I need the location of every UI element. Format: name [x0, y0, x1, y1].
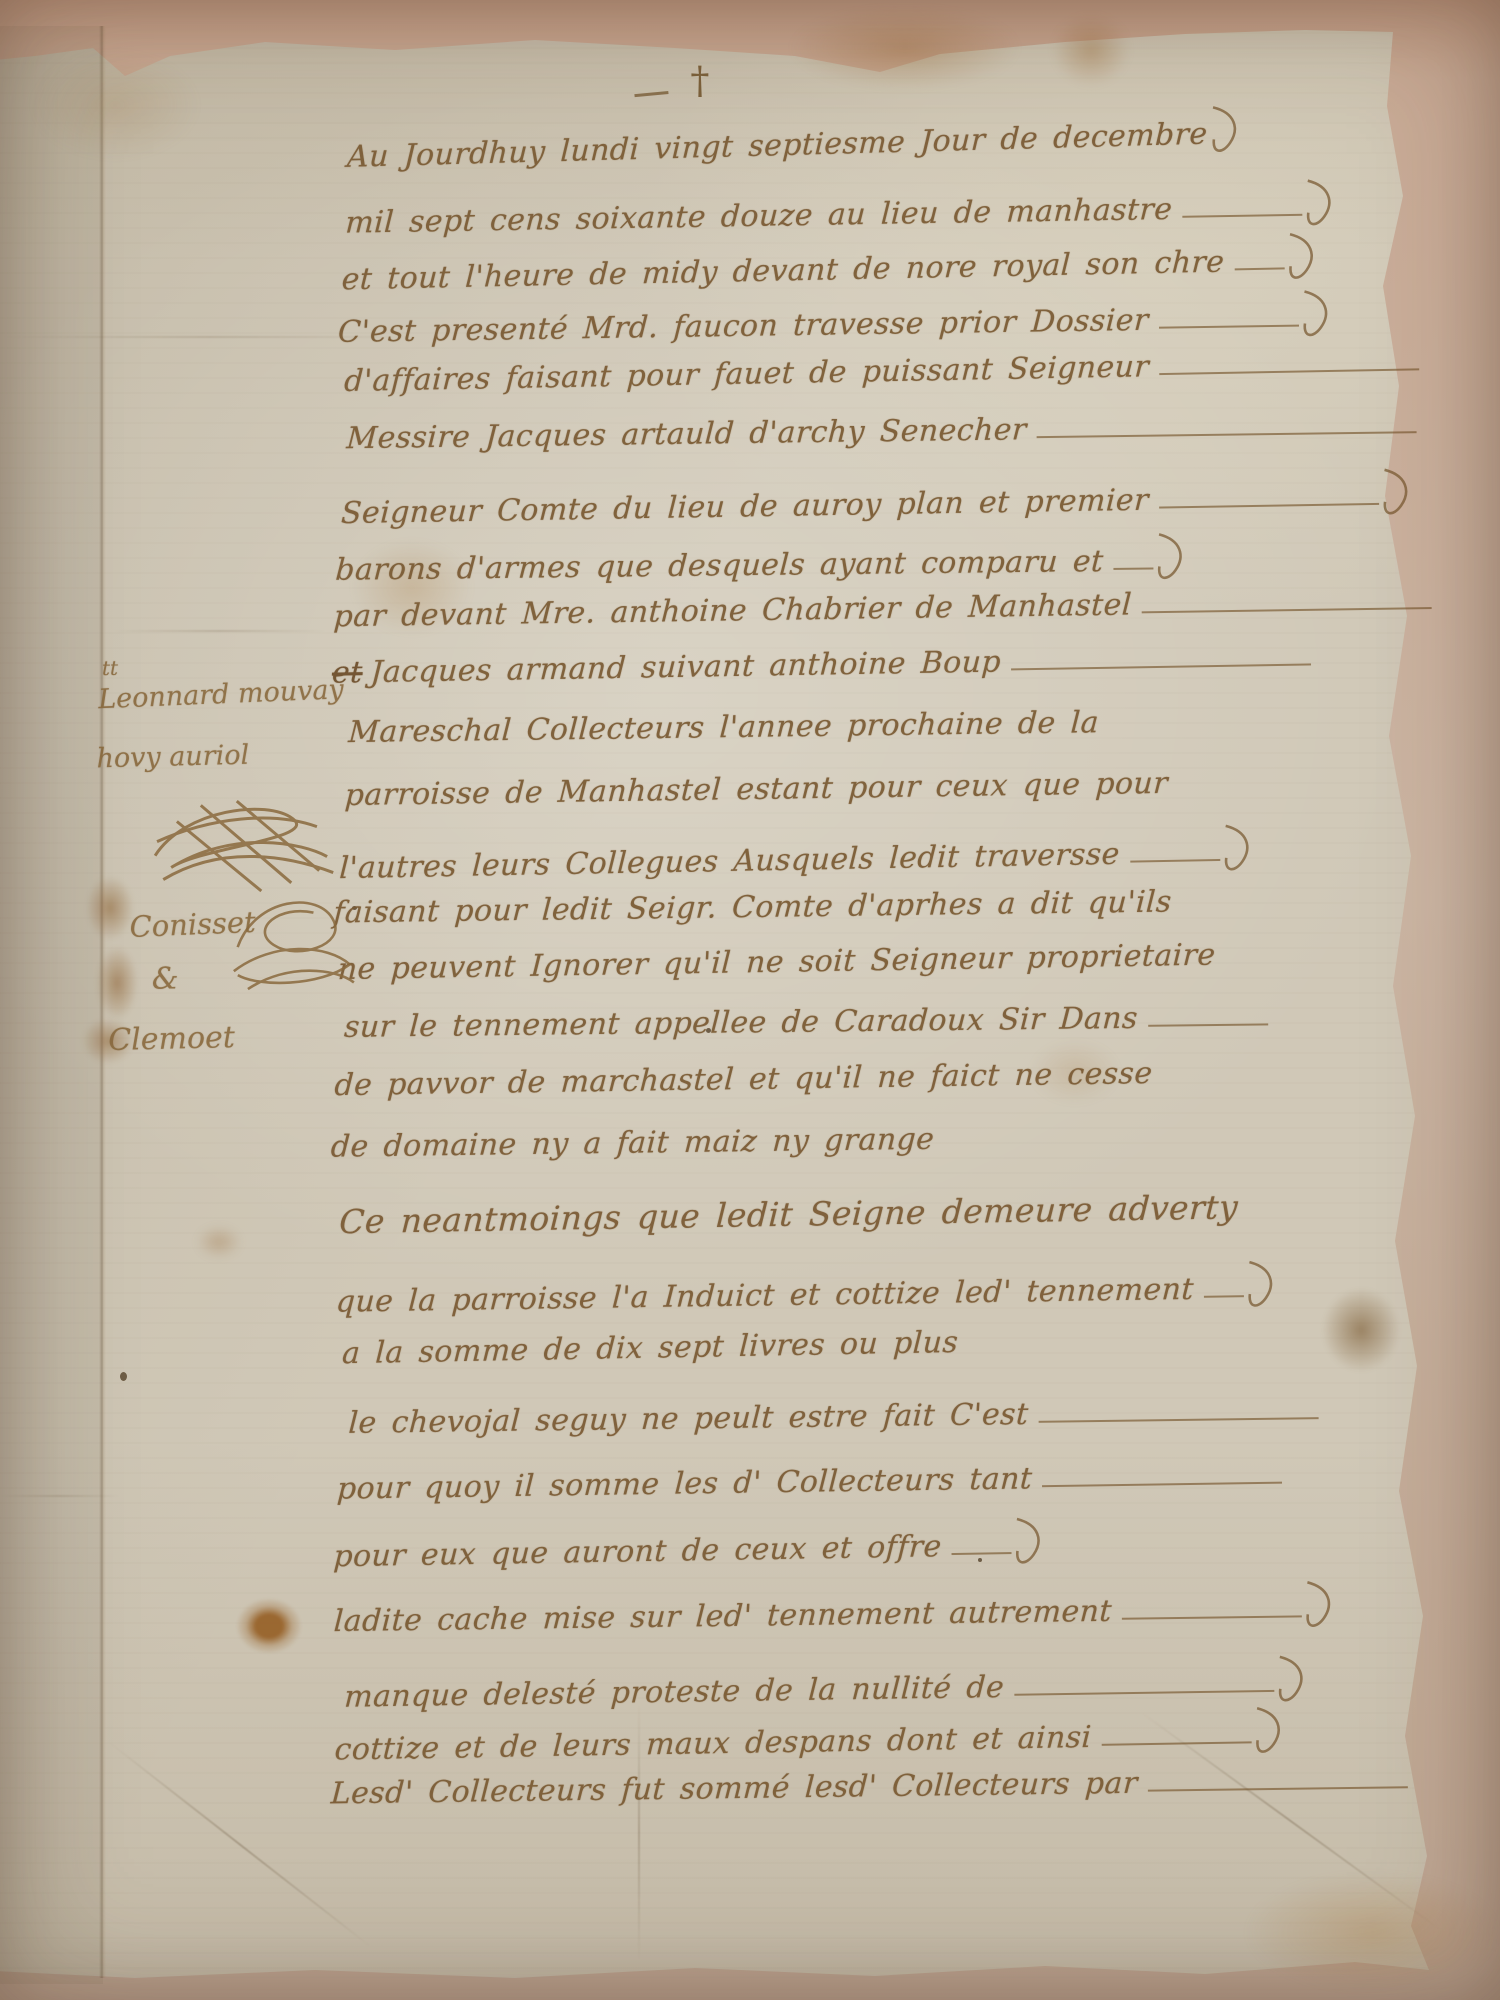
manuscript-line: l'autres leurs Collegues Ausquels ledit …	[339, 821, 1256, 886]
manuscript-line: de pavvor de marchastel et qu'il ne faic…	[334, 1056, 1153, 1103]
manuscript-line: mil sept cens soixante douze au lieu de …	[345, 176, 1339, 240]
manuscript-line: le chevojal seguy ne peult estre fait C'…	[348, 1393, 1318, 1441]
manuscript-line: d'affaires faisant pour fauet de puissan…	[344, 344, 1419, 399]
signature-paraph	[227, 884, 360, 1011]
manuscript-lines: Au Jourdhuy lundi vingt septiesme Jour d…	[0, 0, 1494, 5]
margin-name-leonnard: Leonnard mouvay	[98, 674, 345, 715]
manuscript-line: pour eux que auront de ceux et offre	[333, 1514, 1048, 1574]
manuscript-line: barons d'armes que desquels ayant compar…	[335, 530, 1190, 588]
manuscript-photo: † Au Jourdhuy lundi vingt septiesme Jour…	[0, 0, 1500, 2000]
invocation-dash	[634, 91, 668, 97]
manuscript-line: faisant pour ledit Seigr. Comte d'aprhes…	[333, 884, 1172, 930]
manuscript-line: a la somme de dix sept livres ou plus	[342, 1325, 959, 1371]
margin-mark: tt	[102, 656, 118, 680]
manuscript-line: ne peuvent Ignorer qu'il ne soit Seigneu…	[338, 938, 1216, 988]
manuscript-line: etJacques armand suivant anthoine Boup	[332, 639, 1312, 690]
manuscript-line: pour quoy il somme les d' Collecteurs ta…	[337, 1458, 1283, 1507]
margin-name-auriol: hovy auriol	[96, 740, 249, 775]
manuscript-line: Lesd' Collecteurs fut sommé lesd' Collec…	[331, 1762, 1408, 1811]
margin-signature-clemoet: Clemoet	[108, 1020, 235, 1058]
manuscript-line: et tout l'heure de midy devant de nore r…	[341, 230, 1321, 298]
manuscript-line: ladite cache mise sur led' tennement aut…	[333, 1578, 1338, 1639]
manuscript-line: Au Jourdhuy lundi vingt septiesme Jour d…	[346, 103, 1244, 175]
manuscript-line: par devant Mre. anthoine Chabrier de Man…	[333, 583, 1432, 634]
manuscript-line: cottize et de leurs maux despans dont et…	[334, 1704, 1288, 1768]
margin-ampersand: &	[152, 961, 179, 996]
manuscript-line: que la parroisse l'a Induict et cottize …	[335, 1258, 1280, 1320]
manuscript-line: C'est presenté Mrd. faucon travesse prio…	[338, 287, 1335, 350]
invocation-cross: †	[690, 58, 709, 102]
manuscript-line: Ce neantmoings que ledit Seigne demeure …	[339, 1187, 1238, 1241]
manuscript-line: Mareschal Collecteurs l'annee prochaine …	[348, 705, 1099, 750]
ink-layer: † Au Jourdhuy lundi vingt septiesme Jour…	[0, 0, 1500, 2000]
manuscript-line: de domaine ny a fait maiz ny grange	[331, 1122, 935, 1165]
manuscript-line: Seigneur Comte du lieu de auroy plan et …	[341, 465, 1415, 531]
margin-signature-conisset: Conisset	[129, 905, 256, 944]
manuscript-line: sur le tennement appellee de Caradoux Si…	[344, 999, 1268, 1044]
manuscript-line: parroisse de Manhastel estant pour ceux …	[344, 766, 1168, 813]
manuscript-line: Messire Jacques artauld d'archy Senecher	[346, 407, 1416, 456]
